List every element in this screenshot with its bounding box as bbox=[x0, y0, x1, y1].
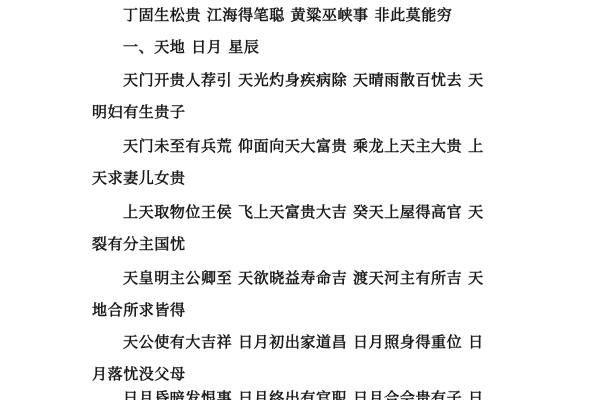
document-page: 丁固生松贵 江海得笔聪 黄粱巫峡事 非此莫能穷 一、天地 日月 星辰 天门开贵人… bbox=[0, 0, 600, 400]
paragraph-6-line-1: 日月昏暗发恨事 日月终出有官职 日月合会贵有子 日 bbox=[123, 388, 543, 400]
paragraph-2-line-1: 天门未至有兵荒 仰面向天大富贵 乘龙上天主大贵 上 bbox=[123, 136, 543, 156]
paragraph-3-line-1: 上天取物位王侯 飞上天富贵大吉 癸天上屋得高官 天 bbox=[123, 202, 543, 222]
paragraph-4-line-1: 天皇明主公卿至 天欲晓益寿命吉 渡天河主有所吉 天 bbox=[123, 268, 543, 288]
paragraph-3-line-2: 裂有分主国忧 bbox=[92, 234, 512, 254]
paragraph-5-line-1: 天公使有大吉祥 日月初出家道昌 日月照身得重位 日 bbox=[123, 332, 543, 352]
paragraph-2-line-2: 天求妻儿女贵 bbox=[92, 168, 512, 188]
paragraph-1-line-2: 明妇有生贵子 bbox=[92, 102, 512, 122]
paragraph-5-line-2: 月落忧没父母 bbox=[92, 364, 512, 384]
header-line: 丁固生松贵 江海得笔聪 黄粱巫峡事 非此莫能穷 bbox=[123, 5, 543, 25]
paragraph-4-line-2: 地合所求皆得 bbox=[92, 300, 512, 320]
section-title: 一、天地 日月 星辰 bbox=[123, 37, 543, 57]
paragraph-1-line-1: 天门开贵人荐引 天光灼身疾病除 天晴雨散百忧去 天 bbox=[123, 70, 543, 90]
